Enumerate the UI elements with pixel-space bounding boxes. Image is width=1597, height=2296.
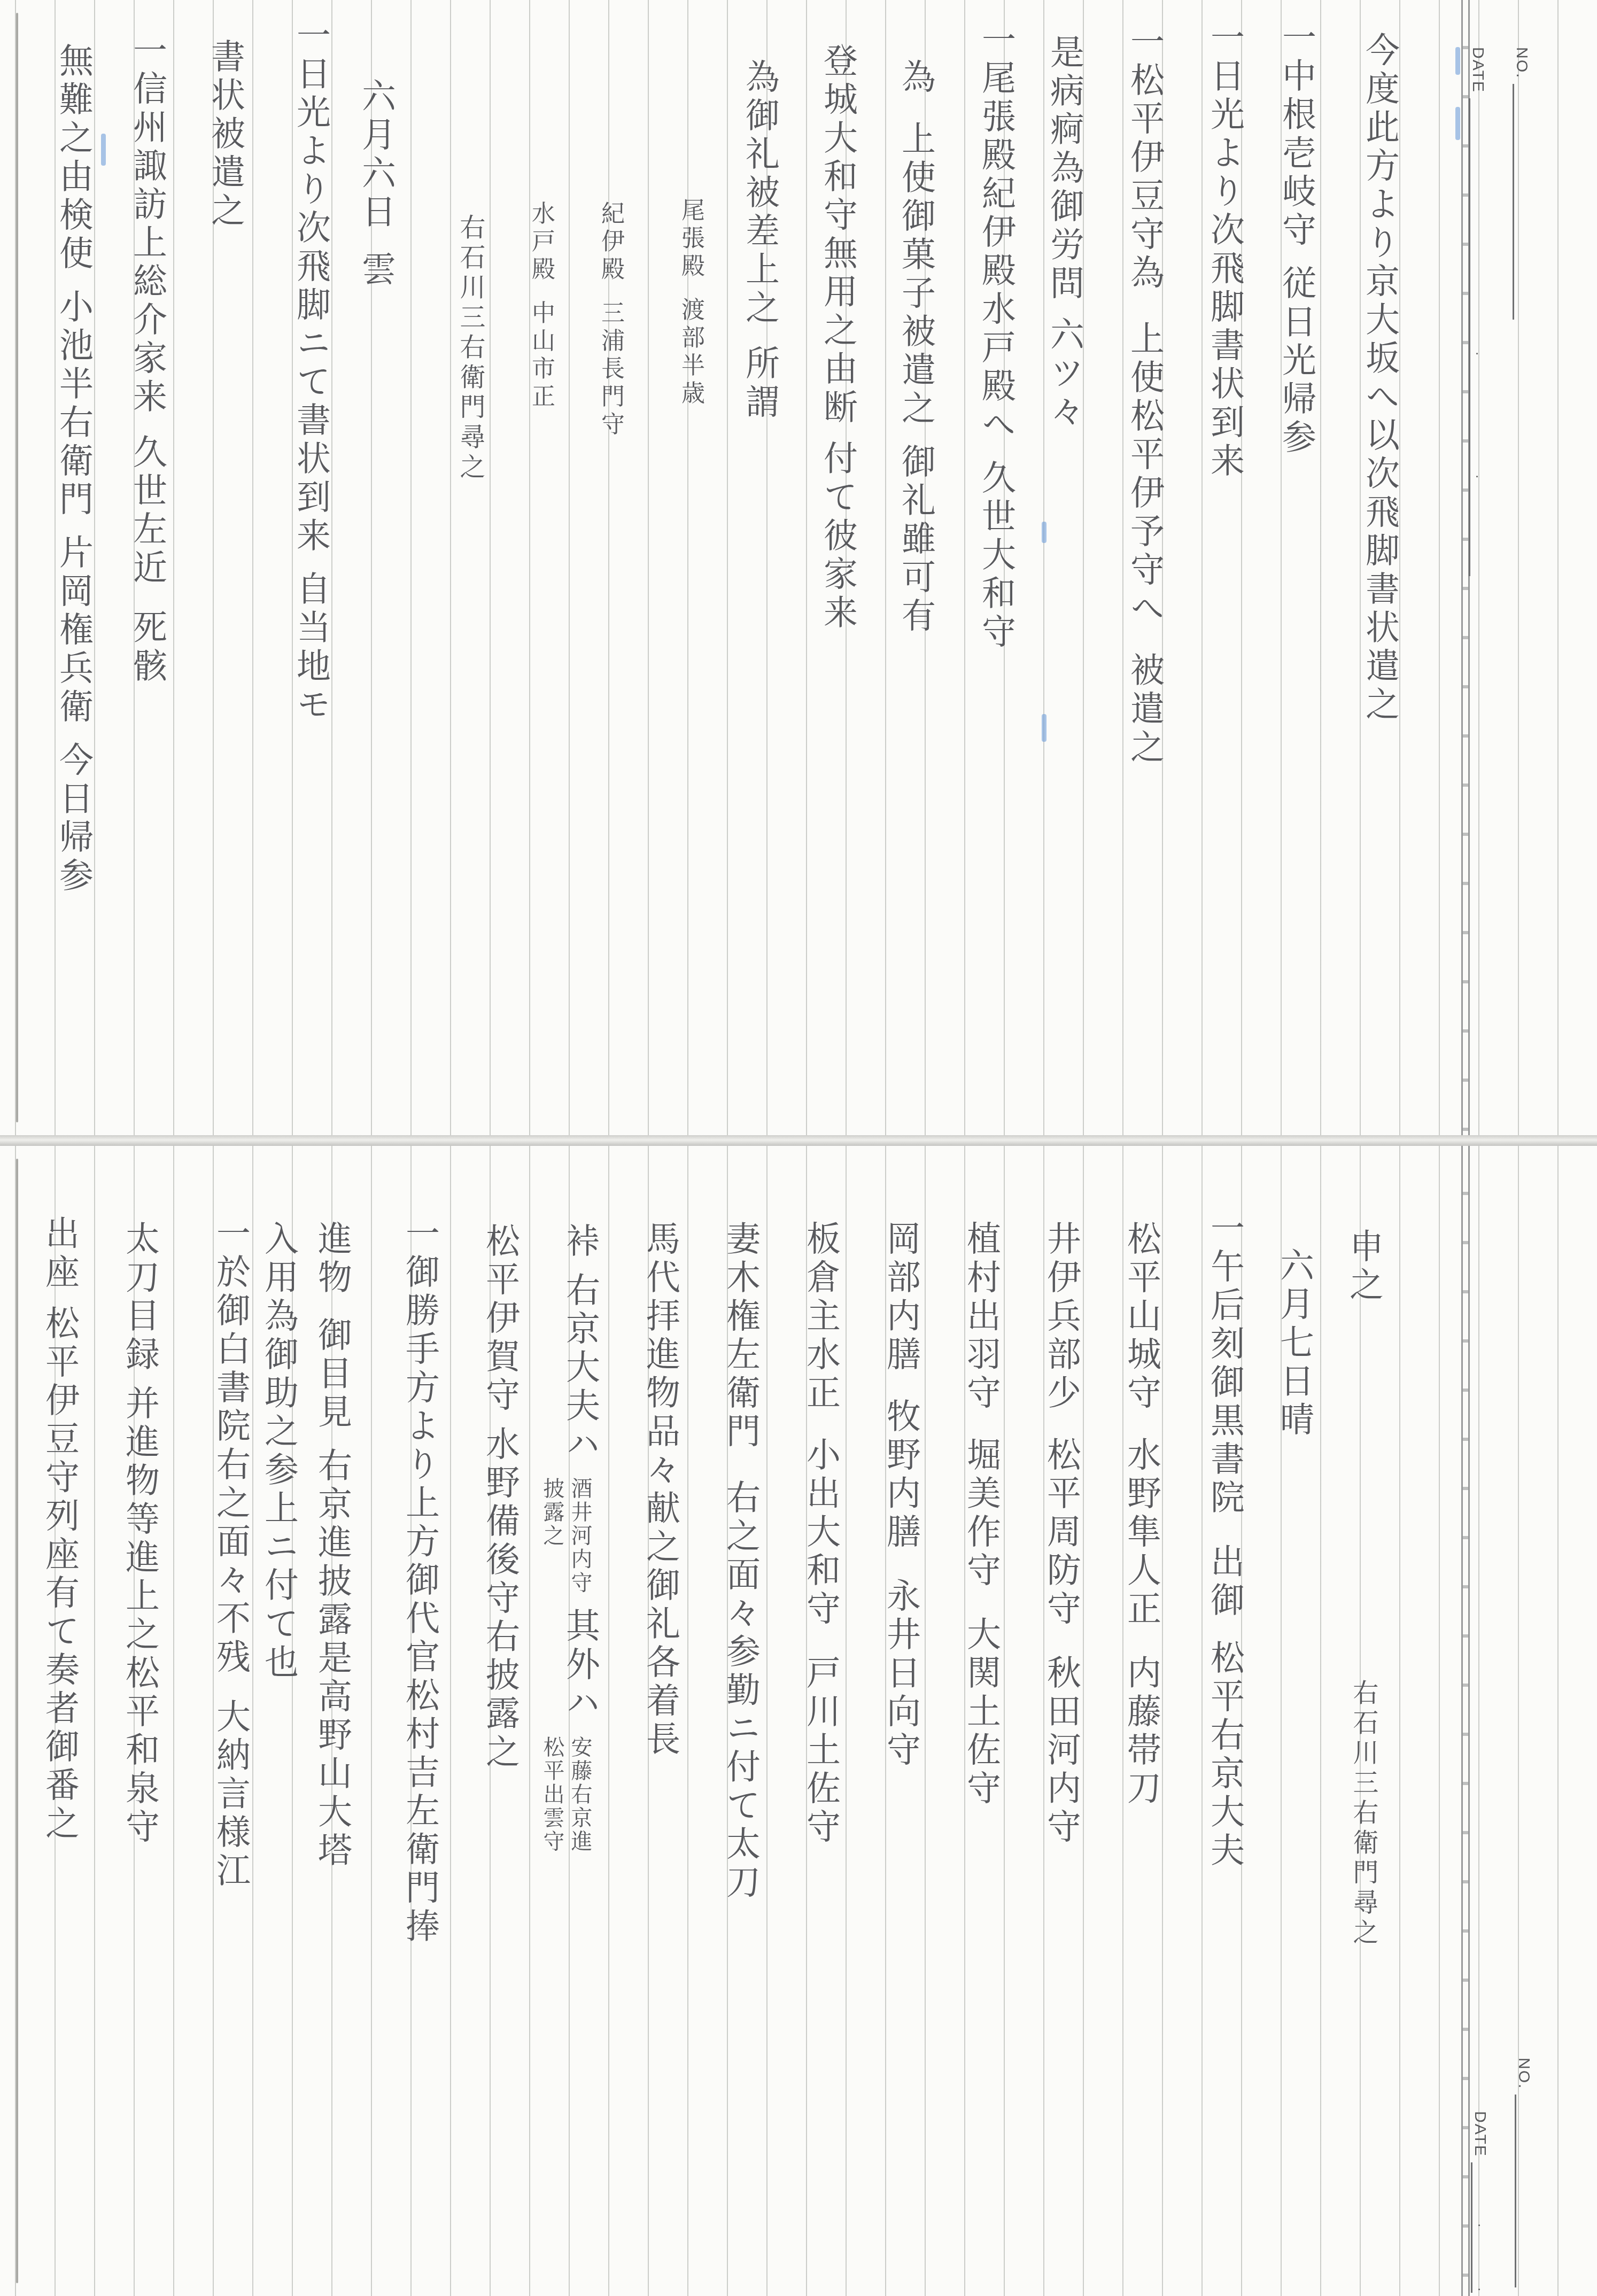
handwritten-column: 馬代拝進物品々献之御礼各着長 (641, 1221, 679, 1759)
blue-highlight-mark (1042, 522, 1046, 543)
handwritten-column: 一中根壱岐守従日光帰参 (1277, 19, 1315, 457)
handwritten-column: 岡部内膳牧野内膳永井日向守 (882, 1221, 919, 1770)
handwritten-column: 松平山城守水野隼人正内藤帯刀 (1122, 1221, 1160, 1809)
handwritten-text: 是病痾為御労問 (1045, 34, 1083, 304)
handwritten-text: 右之面々参勤ニ付て太刀 (722, 1479, 759, 1903)
handwritten-text: 松平右京大夫 (1206, 1640, 1243, 1871)
handwritten-annotation-pair: 酒井河内守披露之 (540, 1477, 592, 1595)
handwritten-text: 大関土佐守 (962, 1616, 999, 1809)
handwritten-text: 其外ハ (561, 1608, 599, 1723)
handwritten-text: 中山市正 (528, 300, 554, 412)
handwritten-annotation: 披露之 (540, 1477, 564, 1595)
handwritten-text: 御目見 (313, 1317, 351, 1432)
handwritten-text: 片岡権兵衛 (55, 534, 92, 727)
notebook-page-upper: NO. DATE ・ ・ 今度此方より京大坂へ以次飛脚書状遣之一中根壱岐守従日光… (0, 0, 1597, 1135)
handwritten-text: 戸川土佐守 (802, 1655, 839, 1847)
blue-highlight-mark (101, 134, 106, 166)
handwritten-text: 為 (897, 59, 934, 97)
handwritten-text: 松平伊豆守列座有て奏者御番之 (41, 1305, 78, 1844)
handwritten-text: 出御 (1206, 1543, 1243, 1620)
handwritten-text: 岡部内膳 (882, 1221, 919, 1375)
notebook-page-lower: NO. DATE ・ ・ 申之右石川三右衛門尋之六月七日晴一午后刻御黒書院出御松… (0, 1146, 1597, 2296)
handwritten-text: 紀伊殿 (598, 201, 623, 284)
handwritten-text: 水野備後守右披露之 (481, 1426, 518, 1772)
handwritten-column: 妻木権左衛門右之面々参勤ニ付て太刀 (722, 1221, 759, 1903)
handwritten-text: 大納言様江 (212, 1698, 249, 1891)
handwritten-text: 被遣之 (1126, 652, 1163, 767)
handwritten-text: 一午后刻御黒書院 (1206, 1210, 1243, 1518)
handwritten-text: 一信州諏訪上総介家来 (128, 32, 166, 417)
handwritten-text: 右京大夫ハ (561, 1272, 599, 1464)
handwritten-text: 一松平伊豆守為 (1126, 24, 1163, 293)
handwritten-text: 久世左近 (128, 434, 166, 588)
handwritten-column: 一松平伊豆守為上使松平伊予守へ被遣之 (1126, 24, 1163, 767)
handwritten-column: 是病痾為御労問六ツ々 (1045, 34, 1083, 432)
blue-highlight-mark (1042, 714, 1046, 742)
handwritten-column: 太刀目録并進物等進上之松平和泉守 (121, 1221, 158, 1847)
scanned-notebook-spread: NO. DATE ・ ・ 今度此方より京大坂へ以次飛脚書状遣之一中根壱岐守従日光… (0, 0, 1597, 2296)
handwritten-column: 無難之由検使小池半右衛門片岡権兵衛今日帰参 (55, 43, 92, 896)
blue-highlight-mark (1455, 47, 1460, 75)
handwritten-text: 久世大和守 (977, 460, 1014, 652)
handwritten-column: 出座松平伊豆守列座有て奏者御番之 (41, 1215, 78, 1844)
handwritten-column: 進物御目見右京進披露是高野山大塔 (313, 1221, 351, 1871)
handwritten-text: 一日光より次飛脚書状到来 (1206, 19, 1243, 481)
handwritten-column: 尾張殿渡部半歳 (678, 198, 703, 408)
handwritten-text: 内藤帯刀 (1122, 1655, 1160, 1809)
handwritten-text: 一於御白書院右之面々不残 (212, 1215, 249, 1677)
handwritten-column: 一日光より次飛脚ニて書状到来自当地モ (292, 17, 329, 725)
handwritten-column: 今度此方より京大坂へ以次飛脚書状遣之 (1361, 32, 1398, 725)
handwritten-text: 死骸 (128, 609, 166, 686)
blue-highlight-mark (1455, 107, 1460, 140)
handwritten-text: 松平伊賀守 (481, 1223, 518, 1415)
handwritten-column: 植村出羽守堀美作守大関土佐守 (962, 1221, 999, 1809)
handwriting-area: 申之右石川三右衛門尋之六月七日晴一午后刻御黒書院出御松平右京大夫松平山城守水野隼… (0, 1146, 1597, 2296)
handwritten-text: 進物 (313, 1221, 351, 1298)
handwritten-text: 永井日向守 (882, 1578, 919, 1770)
handwritten-column: 板倉主水正小出大和守戸川土佐守 (802, 1221, 839, 1847)
handwritten-text: 一尾張殿紀伊殿水戸殿へ (977, 21, 1014, 445)
handwritten-column: 水戸殿中山市正 (528, 201, 554, 412)
handwriting-area: 今度此方より京大坂へ以次飛脚書状遣之一中根壱岐守従日光帰参一日光より次飛脚書状到… (0, 0, 1597, 1135)
handwritten-column: 裃右京大夫ハ酒井河内守披露之其外ハ安藤右京進松平出雲守 (540, 1223, 599, 1853)
handwritten-text: 板倉主水正 (802, 1221, 839, 1413)
handwritten-column: 一於御白書院右之面々不残大納言様江 (212, 1215, 249, 1891)
handwritten-column: 一尾張殿紀伊殿水戸殿へ久世大和守 (977, 21, 1014, 652)
handwritten-text: 所謂 (741, 345, 778, 422)
handwritten-text: 妻木権左衛門 (722, 1221, 759, 1452)
page-separation-gap (0, 1135, 1597, 1146)
handwritten-annotation: 松平出雲守 (540, 1736, 564, 1853)
handwritten-column: 書状被遣之 (206, 38, 244, 231)
handwritten-text: 水戸殿 (528, 201, 554, 284)
handwritten-text: 今日帰参 (55, 742, 92, 896)
handwritten-text: 御礼雖可有 (897, 444, 934, 636)
handwritten-text: 為御礼被差上之 (741, 59, 778, 328)
handwritten-text: 一中根壱岐守 (1277, 19, 1315, 250)
handwritten-text: 六月六日 (357, 78, 394, 232)
handwritten-text: 小池半右衛門 (55, 289, 92, 519)
handwritten-text: 太刀目録 (121, 1221, 158, 1375)
handwritten-text: 書状被遣之 (206, 38, 244, 231)
handwritten-column: 右石川三右衛門尋之 (456, 214, 484, 483)
handwritten-column: 一信州諏訪上総介家来久世左近死骸 (128, 32, 166, 686)
handwritten-text: 松平山城守 (1122, 1221, 1160, 1413)
handwritten-text: 雲 (357, 251, 394, 290)
handwritten-column: 松平伊賀守水野備後守右披露之 (481, 1223, 518, 1772)
handwritten-text: 裃 (561, 1223, 599, 1261)
handwritten-annotation-pair: 安藤右京進松平出雲守 (540, 1736, 592, 1853)
handwritten-column: 六月七日晴 (1275, 1247, 1313, 1440)
handwritten-text: 自当地モ (292, 571, 329, 725)
handwritten-text: 無難之由検使 (55, 43, 92, 274)
handwritten-column: 申之右石川三右衛門尋之 (1345, 1228, 1382, 1949)
handwritten-text: 堀美作守 (962, 1437, 999, 1591)
handwritten-text: 右石川三右衛門尋之 (456, 214, 484, 483)
handwritten-text: 六月七日晴 (1275, 1247, 1313, 1440)
handwritten-column: 一御勝手方より上方御代官松村吉左衛門捧 (401, 1215, 438, 1946)
handwritten-text: 植村出羽守 (962, 1221, 999, 1413)
handwritten-text: 登城大和守無用之由断 (819, 43, 856, 428)
handwritten-text: 出座 (41, 1215, 78, 1292)
handwritten-column: 登城大和守無用之由断付て彼家来 (819, 43, 856, 633)
handwritten-text: 付て彼家来 (819, 440, 856, 633)
handwritten-text: 従日光帰参 (1277, 265, 1315, 457)
handwritten-column: 井伊兵部少松平周防守秋田河内守 (1042, 1221, 1080, 1847)
handwritten-text: 入用為御助之参上ニ付て也 (260, 1221, 297, 1682)
handwritten-text: 牧野内膳 (882, 1398, 919, 1552)
handwritten-text: 申之 (1345, 1228, 1382, 1305)
handwritten-text: 井伊兵部少 (1042, 1221, 1080, 1413)
handwritten-column: 為上使御菓子被遣之御礼雖可有 (897, 59, 934, 636)
handwritten-column: 紀伊殿三浦長門守 (598, 201, 623, 439)
handwritten-text: 右京進披露是高野山大塔 (313, 1447, 351, 1871)
handwritten-column: 六月六日雲 (357, 78, 394, 290)
handwritten-text: 三浦長門守 (598, 300, 623, 439)
handwritten-text: 松平周防守 (1042, 1437, 1080, 1629)
handwritten-text: 今度此方より京大坂へ以次飛脚書状遣之 (1361, 32, 1398, 725)
handwritten-text: 六ツ々 (1045, 316, 1083, 432)
handwritten-text: 一御勝手方より上方御代官松村吉左衛門捧 (401, 1215, 438, 1946)
handwritten-text: 并進物等進上之松平和泉守 (121, 1385, 158, 1847)
handwritten-annotation: 酒井河内守 (568, 1477, 592, 1595)
handwritten-column: 為御礼被差上之所謂 (741, 59, 778, 422)
handwritten-text: 渡部半歳 (678, 297, 703, 408)
handwritten-text: 上使松平伊予守へ (1126, 321, 1163, 629)
handwritten-text: 一日光より次飛脚ニて書状到来 (292, 17, 329, 556)
handwritten-annotation: 安藤右京進 (568, 1736, 592, 1853)
handwritten-text: 水野隼人正 (1122, 1437, 1160, 1629)
handwritten-column: 入用為御助之参上ニ付て也 (260, 1221, 297, 1682)
handwritten-text: 馬代拝進物品々献之御礼各着長 (641, 1221, 679, 1759)
handwritten-text: 尾張殿 (678, 198, 703, 281)
handwritten-column: 一午后刻御黒書院出御松平右京大夫 (1206, 1210, 1243, 1871)
handwritten-text: 右石川三右衛門尋之 (1349, 1679, 1377, 1949)
handwritten-column: 一日光より次飛脚書状到来 (1206, 19, 1243, 481)
handwritten-text: 小出大和守 (802, 1437, 839, 1629)
handwritten-text: 秋田河内守 (1042, 1655, 1080, 1847)
handwritten-text: 上使御菓子被遣之 (897, 121, 934, 429)
